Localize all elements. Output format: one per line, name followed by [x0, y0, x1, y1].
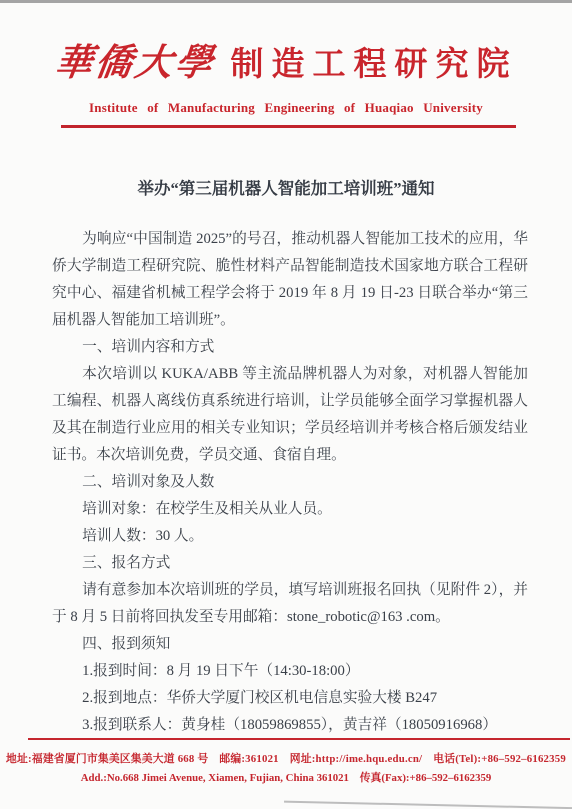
- university-logotype: 華僑大學: [51, 40, 218, 88]
- institute-name-cn: 制造工程研究院: [231, 47, 518, 83]
- footer-rule: [28, 738, 570, 740]
- section-heading-training-content: 一、培训内容和方式: [52, 334, 528, 361]
- line-trainee-count: 培训人数：30 人。: [52, 523, 528, 550]
- letterhead-rule: [61, 125, 516, 128]
- institute-name-en: Institute of Manufacturing Engineering o…: [0, 100, 572, 116]
- scan-edge-top: [0, 0, 572, 3]
- line-trainee-target: 培训对象：在校学生及相关从业人员。: [52, 496, 528, 523]
- letterhead: 華僑大學制造工程研究院 Institute of Manufacturing E…: [0, 0, 572, 128]
- paragraph-registration: 请有意参加本次培训班的学员，填写培训班报名回执（见附件 2），并于 8 月 5 …: [52, 577, 528, 631]
- section-heading-checkin: 四、报到须知: [52, 631, 528, 658]
- paragraph-intro: 为响应“中国制造 2025”的号召，推动机器人智能加工技术的应用，华侨大学制造工…: [52, 226, 528, 334]
- notice-title: 举办“第三届机器人智能加工培训班”通知: [0, 177, 572, 201]
- paragraph-training-content: 本次培训以 KUKA/ABB 等主流品牌机器人为对象，对机器人智能加工编程、机器…: [52, 361, 528, 469]
- footer-english-line: Add.:No.668 Jimei Avenue, Xiamen, Fujian…: [0, 770, 572, 785]
- document-page: 華僑大學制造工程研究院 Institute of Manufacturing E…: [0, 0, 572, 809]
- notice-body: 为响应“中国制造 2025”的号召，推动机器人智能加工技术的应用，华侨大学制造工…: [52, 226, 528, 739]
- footer-address-line: 地址:福建省厦门市集美区集美大道 668 号 邮编:361021 网址:http…: [0, 751, 572, 766]
- page-footer: 地址:福建省厦门市集美区集美大道 668 号 邮编:361021 网址:http…: [0, 738, 572, 785]
- section-heading-registration: 三、报名方式: [52, 550, 528, 577]
- letterhead-brand: 華僑大學制造工程研究院: [0, 40, 572, 95]
- scan-edge-bottom: [284, 801, 572, 809]
- line-checkin-place: 2.报到地点：华侨大学厦门校区机电信息实验大楼 B247: [52, 685, 528, 712]
- line-checkin-contacts: 3.报到联系人：黄身桂（18059869855），黄吉祥（18050916968…: [52, 712, 528, 739]
- line-checkin-time: 1.报到时间：8 月 19 日下午（14:30-18:00）: [52, 658, 528, 685]
- section-heading-trainees: 二、培训对象及人数: [52, 469, 528, 496]
